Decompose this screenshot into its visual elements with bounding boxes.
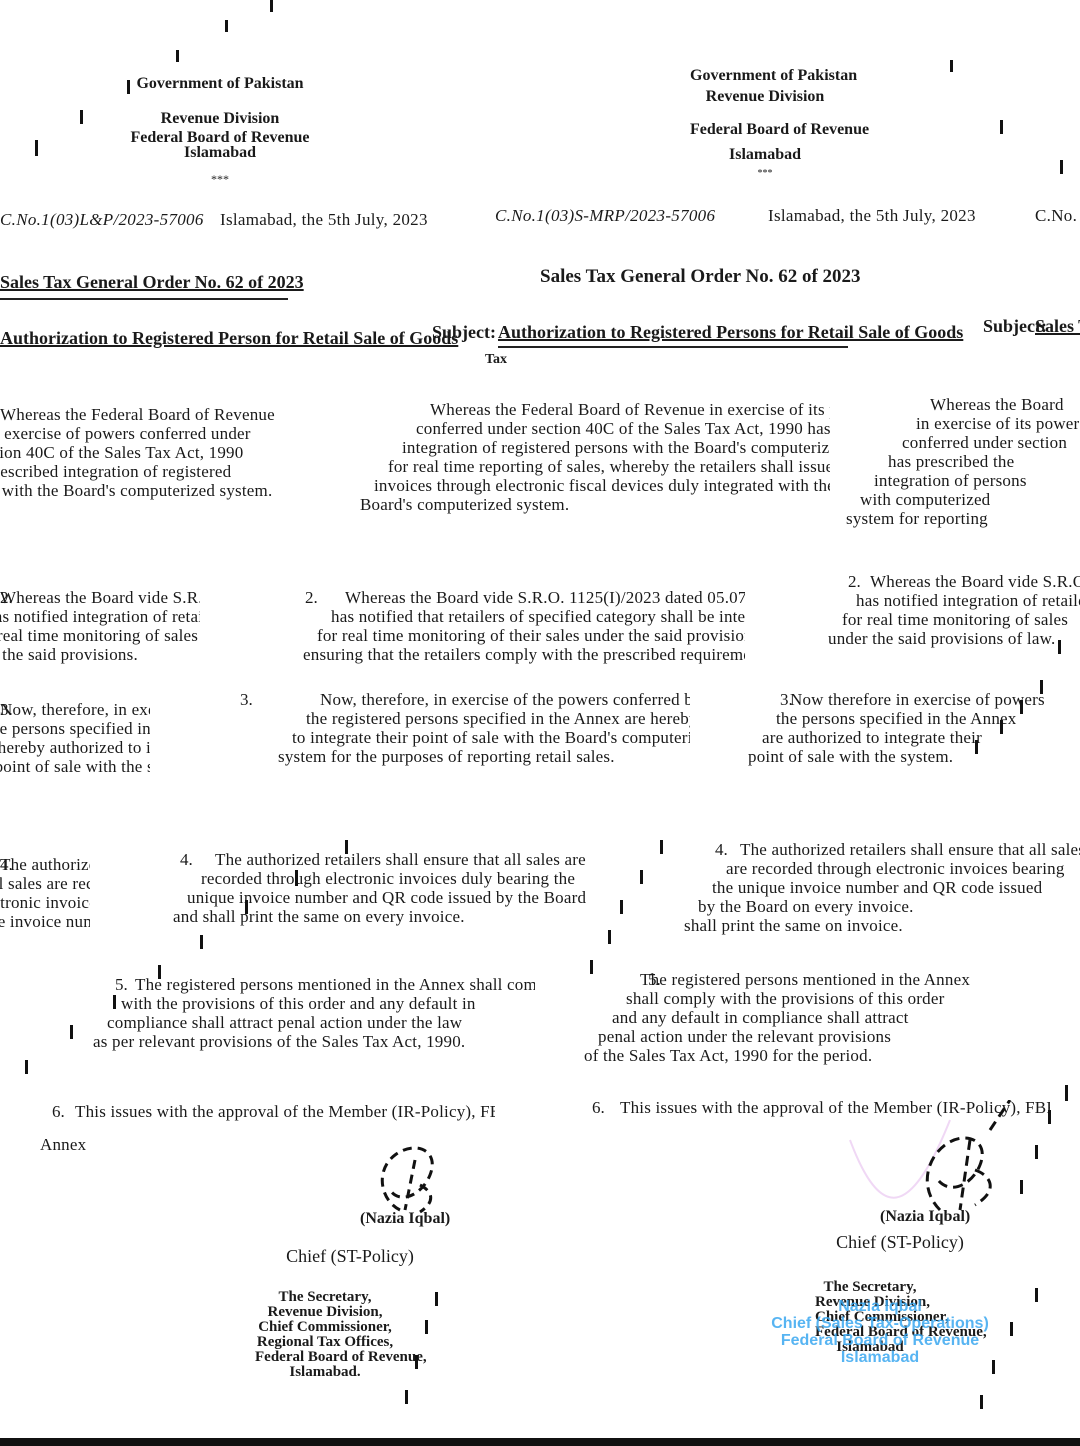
center-header-line: Government of Pakistan (690, 68, 840, 83)
paragraph: Whereas the Federal Board of Revenuein e… (0, 405, 290, 500)
center-date: Islamabad, the 5th July, 2023 (768, 206, 976, 226)
subject-label: Subject: (432, 322, 496, 343)
paragraph-number: 3. (240, 690, 253, 710)
scan-artifact-bar (35, 140, 38, 156)
left-subject: Authorization to Registered Person for R… (0, 328, 458, 349)
center-subject: Authorization to Registered Persons for … (498, 322, 963, 343)
paragraph: The authorized retailers shall ensureall… (0, 855, 90, 931)
scan-artifact-bar (113, 995, 116, 1009)
paragraph-number: 2. (305, 588, 318, 608)
scan-bottom-edge (0, 1438, 1080, 1446)
distribution-line: Federal Board of Revenue, (255, 1350, 395, 1365)
right-reference-fragment: C.No. (1035, 206, 1077, 226)
scan-artifact-bar (1035, 1288, 1038, 1302)
scan-artifact-bar (25, 1060, 28, 1074)
official-stamp: Nazia Iqbal Chief (Sales Tax-Operations)… (760, 1298, 1000, 1366)
left-signatory-name: (Nazia Iqbal) (360, 1212, 450, 1226)
center-subject-line2: Tax (485, 352, 507, 368)
paragraph-number: 4. (180, 850, 193, 870)
scan-artifact-bar (270, 0, 273, 12)
paragraph-number: 2. (848, 572, 861, 592)
scan-artifact-bar (1058, 640, 1061, 654)
scan-artifact-bar (1020, 1180, 1023, 1194)
scan-artifact-bar (158, 965, 161, 979)
scan-artifact-bar (992, 1360, 995, 1374)
scan-artifact-bar (405, 1390, 408, 1404)
center-subject-rule (498, 346, 848, 348)
distribution-line: Islamabad. (255, 1365, 395, 1380)
right-signatory-title: Chief (ST-Policy) (835, 1232, 965, 1253)
left-header-line: *** (120, 172, 320, 187)
scan-artifact-bar (1010, 1322, 1013, 1336)
center-notice-title: Sales Tax General Order No. 62 of 2023 (540, 266, 861, 288)
left-heading-rule (0, 298, 288, 300)
scan-artifact-bar (425, 1320, 428, 1334)
scan-artifact-bar (1000, 720, 1003, 734)
center-reference-number: C.No.1(03)S-MRP/2023-57006 (495, 206, 715, 226)
scan-artifact-bar (1035, 1145, 1038, 1159)
distribution-line: The Secretary, (255, 1290, 395, 1305)
paragraph: The authorized retailers shall ensure th… (215, 850, 595, 926)
paragraph: Whereas the Board vide S.R.O. 1125(I)/20… (870, 572, 1080, 648)
paragraph: The authorized retailers shall ensure th… (740, 840, 1080, 935)
scan-artifact-bar (225, 20, 228, 32)
scan-artifact-bar (1060, 160, 1063, 174)
distribution-line: Chief Commissioner, (255, 1320, 395, 1335)
stamp-line: Islamabad (760, 1349, 1000, 1366)
scan-artifact-bar (80, 110, 83, 124)
scan-artifact-bar (295, 870, 298, 886)
paragraph: Annex (40, 1135, 100, 1154)
scan-artifact-bar (620, 900, 623, 914)
center-header-line: *** (690, 166, 840, 181)
right-subject-fragment: Sales Tax (1035, 316, 1080, 337)
scan-artifact-bar (980, 1395, 983, 1409)
left-distribution-block: The Secretary, Revenue Division, Chief C… (255, 1290, 395, 1380)
center-header-line: Federal Board of Revenue (690, 122, 840, 137)
stamp-line: Chief (Sales Tax-Operations) (760, 1315, 1000, 1332)
paragraph-number: 5. (115, 975, 128, 995)
center-header-line: Revenue Division (690, 89, 840, 104)
paragraph-number: 6. (52, 1102, 65, 1122)
scan-artifact-bar (1020, 700, 1023, 714)
paragraph: Whereas the Boardin exercise of its powe… (930, 395, 1080, 528)
scan-artifact-bar (608, 930, 611, 944)
paragraph: Whereas the Federal Board of Revenue in … (430, 400, 830, 514)
distribution-line: Revenue Division, (255, 1305, 395, 1320)
scan-artifact-bar (640, 870, 643, 884)
scan-artifact-bar (975, 740, 978, 754)
paragraph: The registered persons mentioned in the … (640, 970, 1060, 1065)
scan-artifact-bar (1040, 680, 1043, 694)
paragraph-number: 6. (592, 1098, 605, 1118)
scan-artifact-bar (1000, 120, 1003, 134)
scan-artifact-bar (70, 1025, 73, 1039)
scan-artifact-bar (176, 50, 179, 62)
center-header-line: Islamabad (690, 147, 840, 162)
right-signatory-name: (Nazia Iqbal) (880, 1210, 960, 1224)
left-header-line: Federal Board of Revenue (120, 130, 320, 145)
scan-artifact-bar (950, 60, 953, 72)
scan-artifact-bar (1048, 1110, 1051, 1124)
paragraph: Whereas the Board vide S.R.O. 1125(I)/20… (345, 588, 745, 664)
distribution-line: The Secretary, (815, 1280, 925, 1295)
stamp-line: Federal Board of Revenue (760, 1332, 1000, 1349)
left-reference-number: C.No.1(03)L&P/2023-57006 (0, 210, 204, 230)
scan-artifact-bar (245, 900, 248, 914)
paragraph: The registered persons mentioned in the … (135, 975, 535, 1051)
scan-artifact-bar (1065, 1085, 1068, 1101)
scan-artifact-bar (435, 1292, 438, 1306)
left-header-line: Revenue Division (120, 111, 320, 126)
scan-artifact-bar (345, 840, 348, 854)
stamp-line: Nazia Iqbal (760, 1298, 1000, 1315)
paragraph: Now, therefore, in exercise of the power… (320, 690, 690, 766)
scan-artifact-bar (590, 960, 593, 974)
distribution-line: Regional Tax Offices, (255, 1335, 395, 1350)
left-date: Islamabad, the 5th July, 2023 (220, 210, 428, 230)
scan-artifact-bar (200, 935, 203, 949)
left-letterhead: Government of Pakistan Revenue Division … (120, 76, 320, 187)
scan-artifact-bar (127, 80, 130, 94)
paragraph: Now, therefore, in exercise of powersthe… (0, 700, 150, 776)
left-order-heading: Sales Tax General Order No. 62 of 2023 (0, 272, 304, 293)
paragraph: Now therefore in exercise of powersthe p… (790, 690, 1080, 766)
left-signatory-title: Chief (ST-Policy) (270, 1246, 430, 1267)
center-letterhead: Government of Pakistan Revenue Division … (690, 68, 840, 181)
left-header-line: Islamabad (120, 145, 320, 160)
paragraph: This issues with the approval of the Mem… (75, 1102, 495, 1121)
scan-artifact-bar (415, 1355, 418, 1369)
paragraph-number: 4. (715, 840, 728, 860)
scan-artifact-bar (660, 840, 663, 854)
left-header-line: Government of Pakistan (120, 76, 320, 91)
left-signature-icon (360, 1140, 450, 1220)
paragraph: Whereas the Board vide S.R.O. 1125(I)/20… (0, 588, 200, 664)
